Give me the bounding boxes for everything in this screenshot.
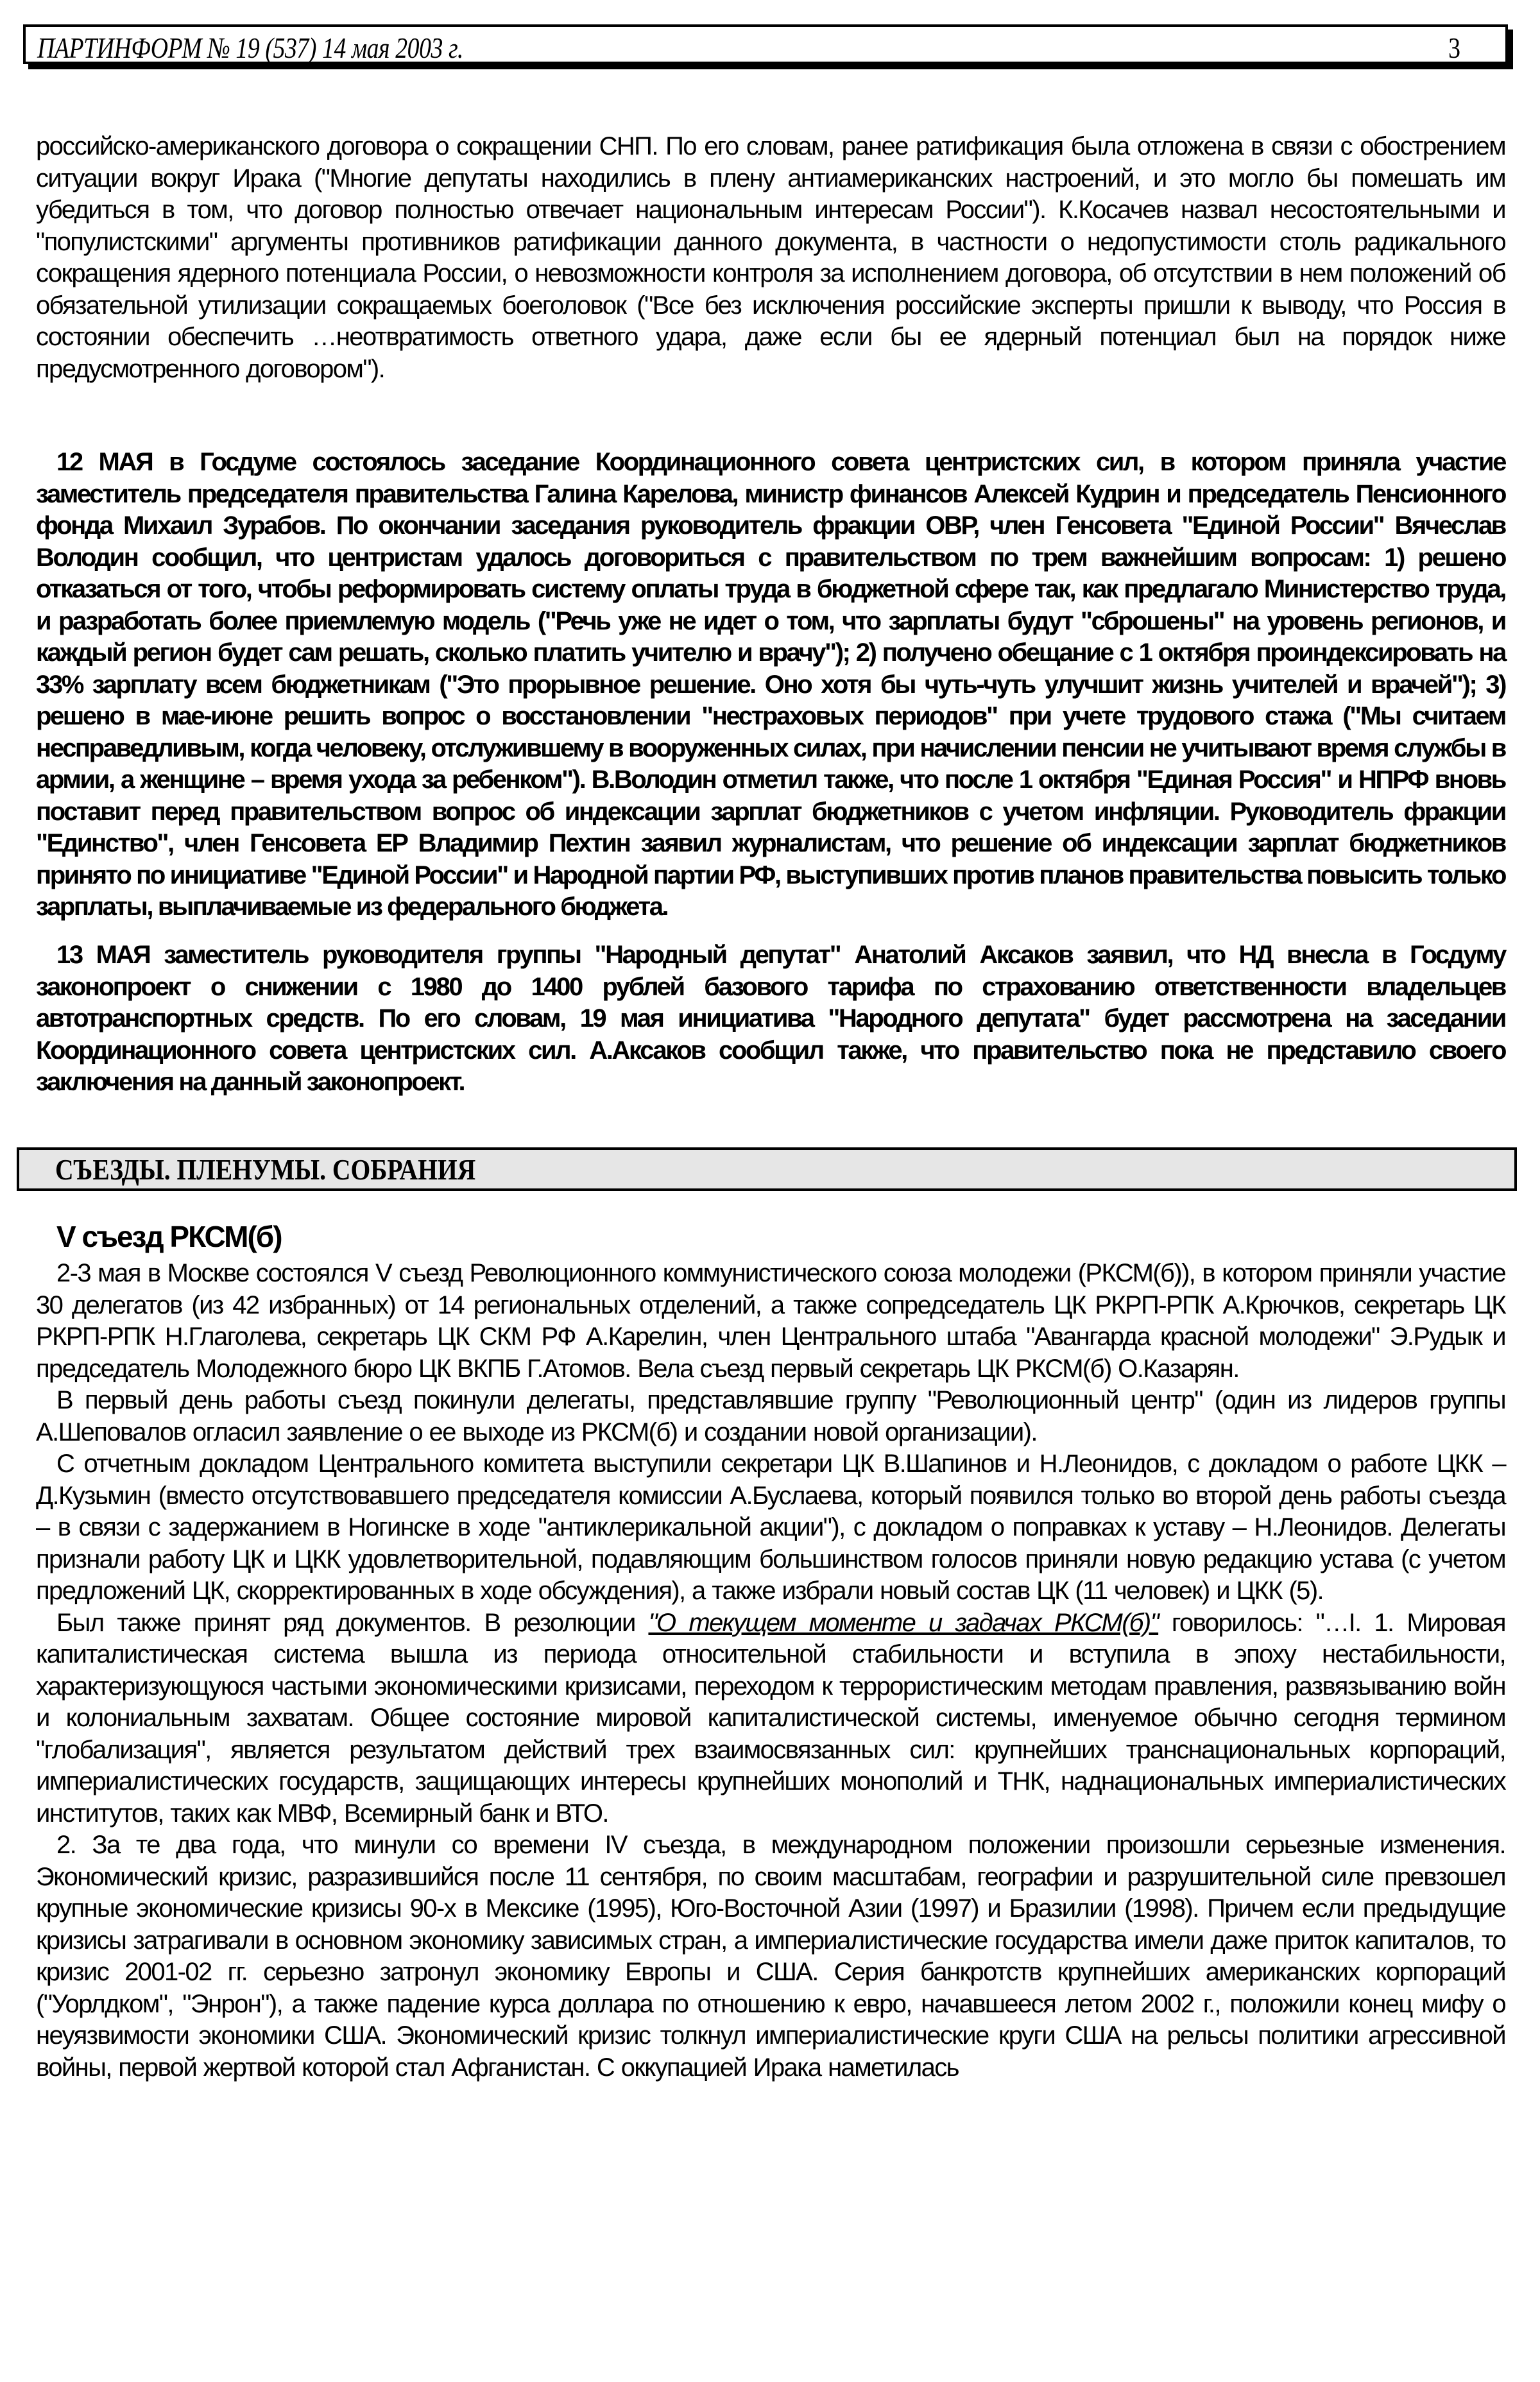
article-body: 2-3 мая в Москве состоялся V съезд Револ… (36, 1258, 1505, 2084)
news-block-may-13: 13 МАЯ заместитель руководителя группы "… (36, 939, 1505, 1099)
paragraph-text: С отчетным докладом Центрального комитет… (36, 1450, 1505, 1605)
publication-title: ПАРТИНФОРМ № 19 (537) 14 мая 2003 г. (37, 31, 463, 65)
paragraph: 2. За те два года, что минули со времени… (36, 1829, 1505, 2084)
news-block-continuation: российско-американского договора о сокра… (36, 131, 1505, 385)
paragraph-text: 12 МАЯ в Госдуме состоялось заседание Ко… (36, 448, 1505, 921)
resolution-title-link[interactable]: "О текущем моменте и задачах РКСМ(б)" (648, 1609, 1158, 1637)
paragraph: 13 МАЯ заместитель руководителя группы "… (36, 939, 1505, 1099)
paragraph-text: 13 МАЯ заместитель руководителя группы "… (36, 941, 1505, 1096)
paragraph-text: Был также принят ряд документов. В резол… (56, 1609, 648, 1637)
paragraph: 2-3 мая в Москве состоялся V съезд Револ… (36, 1258, 1505, 1385)
paragraph-text: 2-3 мая в Москве состоялся V съезд Револ… (36, 1259, 1505, 1383)
article-title: V съезд РКСМ(б) (56, 1219, 282, 1254)
paragraph-text: 2. За те два года, что минули со времени… (36, 1831, 1505, 2082)
paragraph: 12 МАЯ в Госдуме состоялось заседание Ко… (36, 447, 1505, 923)
paragraph-text: В первый день работы съезд покинули деле… (36, 1386, 1505, 1446)
page-header: ПАРТИНФОРМ № 19 (537) 14 мая 2003 г. 3 (23, 24, 1508, 64)
paragraph: С отчетным докладом Центрального комитет… (36, 1448, 1505, 1607)
news-block-may-12: 12 МАЯ в Госдуме состоялось заседание Ко… (36, 447, 1505, 923)
paragraph-text: говорилось: "…I. 1. Мировая капиталистич… (36, 1609, 1505, 1828)
paragraph: российско-американского договора о сокра… (36, 131, 1505, 385)
section-title: СЪЕЗДЫ. ПЛЕНУМЫ. СОБРАНИЯ (55, 1152, 475, 1187)
paragraph: В первый день работы съезд покинули деле… (36, 1385, 1505, 1448)
paragraph: Был также принят ряд документов. В резол… (36, 1607, 1505, 1830)
section-header: СЪЕЗДЫ. ПЛЕНУМЫ. СОБРАНИЯ (17, 1147, 1517, 1191)
page-number: 3 (1448, 31, 1460, 65)
